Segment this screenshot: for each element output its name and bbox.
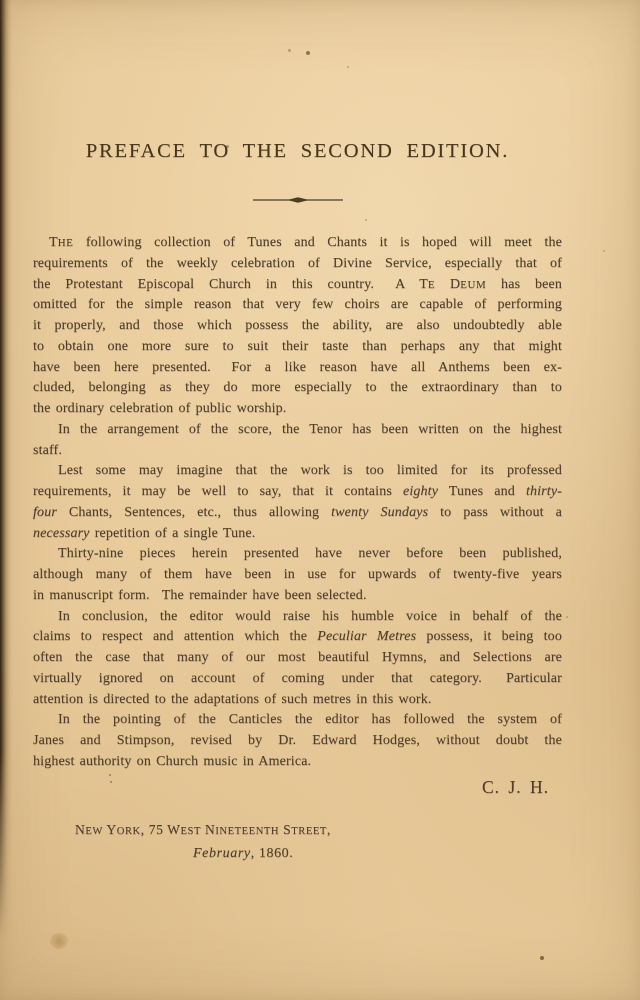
ink-speck [288, 49, 291, 52]
ink-speck [226, 145, 229, 148]
text-line: virtually ignored on account of coming u… [33, 669, 562, 690]
text-line: in manuscript form. The remainder have b… [33, 586, 562, 607]
text-line: requirements of the weekly celebration o… [33, 254, 562, 275]
text-line: to obtain one more sure to suit their ta… [33, 337, 562, 358]
small-caps-text: INETEENTH [215, 826, 279, 837]
italic-text: four [33, 505, 57, 520]
text-line: In the pointing of the Canticles the edi… [33, 710, 562, 731]
diamond-rule-icon [253, 195, 343, 205]
small-caps-text: EUM [460, 279, 486, 291]
text-line: attention is directed to the adaptations… [33, 690, 562, 711]
text-line: the Protestant Episcopal Church in this … [33, 275, 562, 296]
italic-text: twenty Sundays [331, 505, 428, 520]
ink-speck [306, 51, 310, 55]
text-line: Thirty-nine pieces herein presented have… [33, 544, 562, 565]
page-title: PREFACE TO THE SECOND EDITION. [33, 140, 562, 163]
ink-speck [365, 219, 367, 221]
text-line: the ordinary celebration of public worsh… [33, 399, 562, 420]
text-line: requirements, it may be well to say, tha… [33, 482, 562, 503]
book-page: PREFACE TO THE SECOND EDITION. THE follo… [0, 0, 640, 1000]
ink-speck [603, 250, 605, 252]
binding-gutter-shadow [0, 0, 12, 940]
text-line: claims to respect and attention which th… [33, 627, 562, 648]
small-caps-text: EW [85, 826, 103, 837]
text-line: highest authority on Church music in Ame… [33, 752, 562, 773]
italic-text: February [193, 846, 251, 861]
text-line: cluded, belonging as they do more especi… [33, 378, 562, 399]
ink-speck [347, 66, 349, 68]
text-line: necessary repetition of a single Tune. [33, 524, 562, 545]
text-line: omitted for the simple reason that very … [33, 295, 562, 316]
paper-stain [50, 933, 68, 949]
address-line: NEW YORK, 75 WEST NINETEENTH STREET, [75, 819, 331, 843]
date-line: February, 1860. [193, 843, 331, 865]
text-line: Janes and Stimpson, revised by Dr. Edwar… [33, 731, 562, 752]
ink-speck [540, 956, 544, 960]
author-initials: C. J. H. [33, 777, 562, 798]
ink-speck [110, 781, 112, 783]
small-caps-text: E [428, 279, 435, 291]
small-caps-text: HE [58, 237, 74, 249]
ink-speck [566, 616, 568, 618]
text-line: In the arrangement of the score, the Ten… [33, 420, 562, 441]
text-line: four Chants, Sentences, etc., thus allow… [33, 503, 562, 524]
small-caps-text: EST [181, 826, 202, 837]
text-line: although many of them have been in use f… [33, 565, 562, 586]
imprint-address: NEW YORK, 75 WEST NINETEENTH STREET, Feb… [75, 819, 331, 864]
small-caps-text: TREET [291, 826, 327, 837]
italic-text: eighty [403, 484, 438, 499]
text-line: Lest some may imagine that the work is t… [33, 461, 562, 482]
text-line: have been here presented. For a like rea… [33, 358, 562, 379]
text-line: often the case that many of our most bea… [33, 648, 562, 669]
small-caps-text: ORK [117, 826, 141, 837]
italic-text: necessary [33, 526, 90, 541]
ink-speck [109, 774, 111, 776]
text-line: THE following collection of Tunes and Ch… [33, 233, 562, 254]
text-line: it properly, and those which possess the… [33, 316, 562, 337]
italic-text: Peculiar Metres [317, 629, 416, 644]
divider-ornament [33, 192, 562, 210]
text-line: In conclusion, the editor would raise hi… [33, 607, 562, 628]
text-line: staff. [33, 441, 562, 462]
italic-text: thirty- [526, 484, 562, 499]
preface-body: THE following collection of Tunes and Ch… [33, 233, 562, 773]
